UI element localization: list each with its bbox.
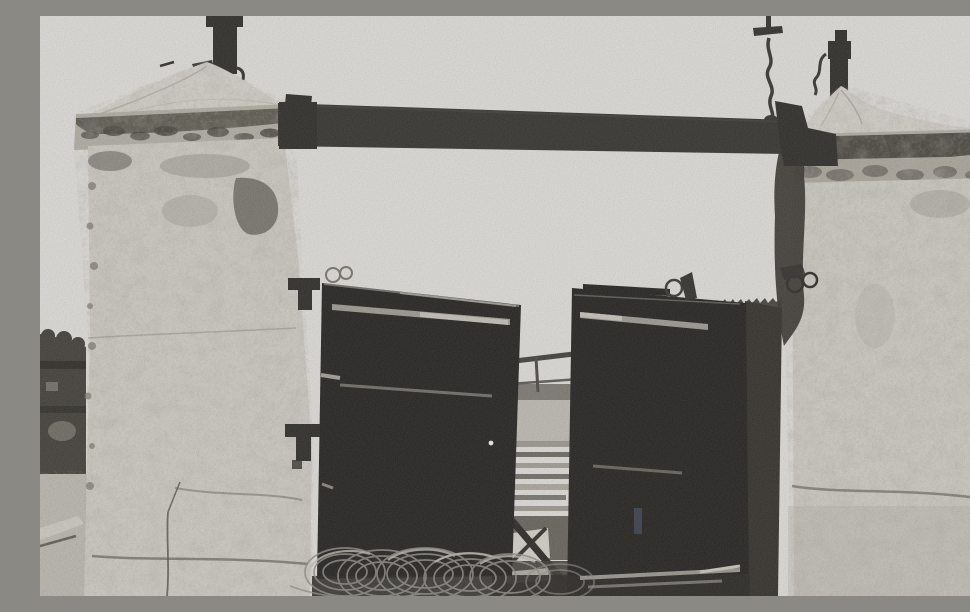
film-grain [40, 16, 970, 596]
photograph [40, 16, 970, 596]
